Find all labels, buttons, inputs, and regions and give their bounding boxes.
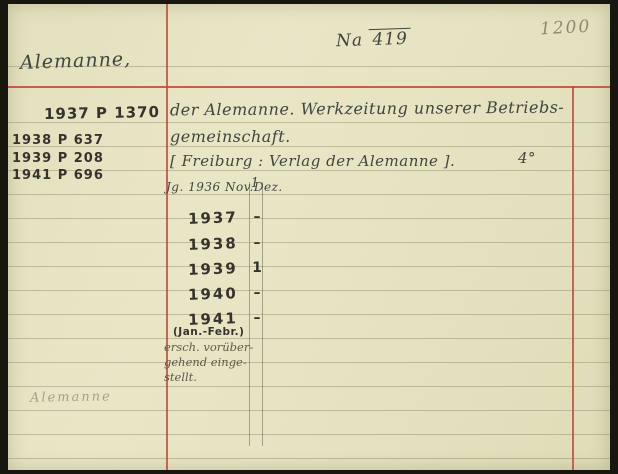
call-number: 1939 P 208 xyxy=(12,151,104,166)
red-vertical-rule-right xyxy=(572,86,574,470)
holdings-value: – xyxy=(243,209,271,225)
annotation-line: ersch. vorüber- xyxy=(164,340,259,355)
holdings-row: 1939 1 xyxy=(8,260,308,282)
holdings-row: 1937 – xyxy=(8,209,308,231)
holdings-value: – xyxy=(243,310,271,326)
holdings-row: 1940 – xyxy=(8,285,308,307)
red-horizontal-rule xyxy=(8,86,610,88)
annotation-line: gehend einge- xyxy=(164,355,259,370)
card-heading: Alemanne, xyxy=(20,48,132,74)
holdings-year-note: (Jan.-Febr.) xyxy=(173,326,244,338)
pencil-name: Alemanne xyxy=(30,389,112,405)
call-number: 1938 P 637 xyxy=(12,133,104,148)
holdings-year: 1937 xyxy=(188,208,238,228)
pencil-number: 1200 xyxy=(540,17,592,40)
holdings-row: 1941 – xyxy=(8,310,308,332)
holdings-year: 1938 xyxy=(188,234,238,254)
imprint: [ Freiburg : Verlag der Alemanne ]. xyxy=(170,152,455,170)
shelf-mark-prefix: Na xyxy=(336,30,364,51)
format-statement: 4° xyxy=(518,149,536,167)
holdings-year: 1940 xyxy=(188,284,238,304)
holdings-value: – xyxy=(243,285,271,301)
shelf-mark-number: 419 xyxy=(369,28,411,50)
call-number: 1937 P 1370 xyxy=(44,103,160,123)
holdings-value: – xyxy=(243,235,271,251)
call-number: 1941 P 696 xyxy=(12,168,104,183)
catalog-card: Alemanne, Na 419 1200 1937 P 1370 1938 P… xyxy=(8,4,610,470)
title-line-2: gemeinschaft. xyxy=(170,127,291,146)
annotation-line: stellt. xyxy=(164,370,259,385)
holdings-value: 1 xyxy=(243,260,271,276)
shelf-mark: Na 419 xyxy=(336,29,412,52)
holdings-row: 1938 – xyxy=(8,235,308,257)
title-line-1: der Alemanne. Werkzeitung unserer Betrie… xyxy=(170,98,564,120)
holdings-year: 1939 xyxy=(188,259,238,279)
holdings-first-label: Jg. 1936 Nov.Dez. xyxy=(166,180,283,194)
holdings-first-value: 1 xyxy=(246,176,264,191)
